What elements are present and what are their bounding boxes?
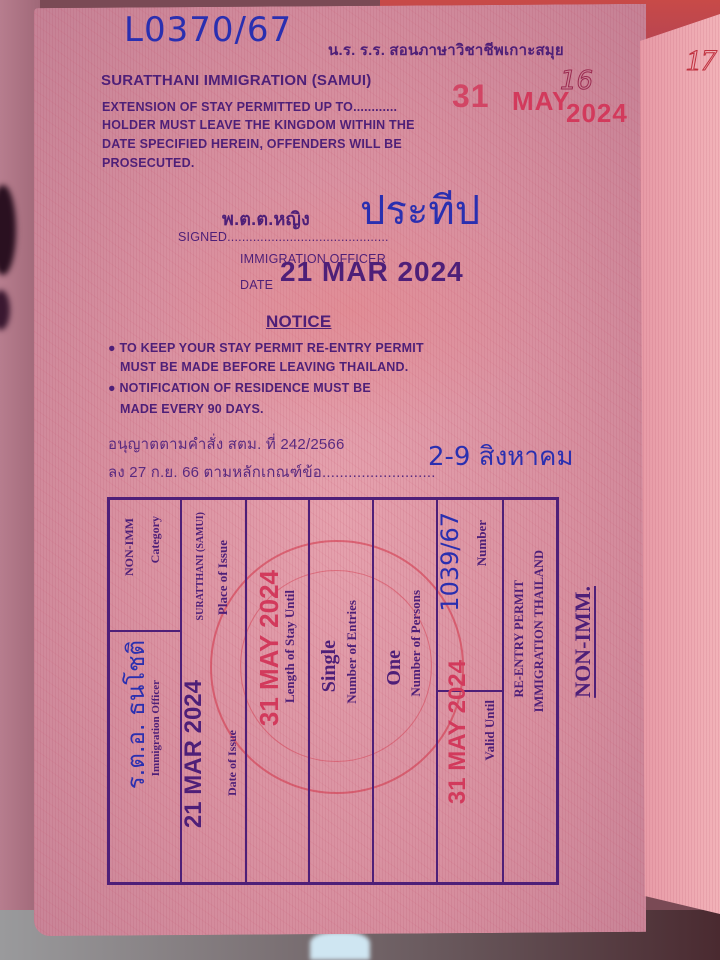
red-date-day: 31 (452, 78, 490, 115)
permit-title-2: RE-ENTRY PERMIT (512, 580, 527, 698)
entries-value: Single (318, 640, 341, 692)
persons-value: One (383, 650, 406, 686)
date-label: DATE (240, 276, 273, 295)
category-value: NON-IMM (122, 518, 137, 576)
category-divider (110, 630, 180, 632)
column-divider (372, 500, 374, 882)
entries-label: Number of Entries (344, 600, 360, 704)
notice-item-2-cont: MADE EVERY 90 DAYS. (120, 400, 264, 419)
valid-until-value: 31 MAY 2024 (444, 660, 472, 804)
notice-item-1-text: TO KEEP YOUR STAY PERMIT RE-ENTRY PERMIT (119, 341, 423, 355)
date-stamp: 21 MAR 2024 (280, 256, 464, 288)
handwritten-thai-note: 2-9 สิงหาคม (428, 436, 574, 477)
date-of-issue-label: Date of Issue (225, 730, 240, 796)
column-divider (502, 500, 504, 882)
school-stamp: น.ร. ร.ร. สอนภาษาวิชาชีพเกาะสมุย (328, 38, 564, 62)
passport-page-right (640, 14, 720, 914)
thai-authorization-line-1: อนุญาตตามคำสั่ง สตม. ที่ 242/2566 (108, 432, 345, 456)
place-of-issue-label: Place of Issue (215, 540, 231, 615)
page-number: 17 (686, 44, 716, 78)
notice-item-2: ● NOTIFICATION OF RESIDENCE MUST BE (108, 379, 371, 398)
notice-item-1: ● TO KEEP YOUR STAY PERMIT RE-ENTRY PERM… (108, 339, 424, 358)
extension-line-4: PROSECUTED. (102, 154, 195, 173)
light-reflection (310, 932, 370, 960)
extension-line-2: HOLDER MUST LEAVE THE KINGDOM WITHIN THE (102, 116, 415, 135)
length-of-stay-label: Length of Stay Until (282, 590, 298, 703)
immigration-office: SURATTHANI IMMIGRATION (SAMUI) (101, 72, 371, 89)
valid-until-label: Valid Until (482, 700, 498, 761)
signed-label: SIGNED..................................… (178, 228, 389, 247)
notice-item-1-cont: MUST BE MADE BEFORE LEAVING THAILAND. (120, 358, 408, 377)
column-divider (245, 500, 247, 882)
thai-authorization-line-2: ลง 27 ก.ย. 66 ตามหลักเกณฑ์ข้อ...........… (108, 460, 436, 484)
category-label: Category (148, 516, 163, 563)
length-of-stay-value: 31 MAY 2024 (254, 570, 285, 726)
visa-type-stamp: NON-IMM. (570, 586, 596, 698)
red-date-year: 2024 (566, 98, 628, 129)
number-label: Number (474, 520, 490, 566)
permit-title-1: IMMIGRATION THAILAND (532, 550, 547, 712)
permit-number: 1039/67 (436, 512, 464, 612)
date-of-issue-value: 21 MAR 2024 (180, 680, 208, 828)
persons-label: Number of Persons (408, 590, 424, 697)
extension-line-3: DATE SPECIFIED HEREIN, OFFENDERS WILL BE (102, 135, 402, 154)
notice-item-2-text: NOTIFICATION OF RESIDENCE MUST BE (119, 381, 371, 395)
column-divider (308, 500, 310, 882)
place-of-issue-value: SURATTHANI (SAMUI) (195, 512, 206, 620)
box-officer-signature: ร.ต.อ. ธนโชติ (116, 640, 155, 789)
extension-line-1: EXTENSION OF STAY PERMITTED UP TO.......… (102, 98, 397, 117)
handwritten-overwrite-day: 16 (560, 66, 593, 96)
notice-heading: NOTICE (266, 312, 331, 332)
handwritten-reference: L0370/67 (124, 10, 292, 50)
